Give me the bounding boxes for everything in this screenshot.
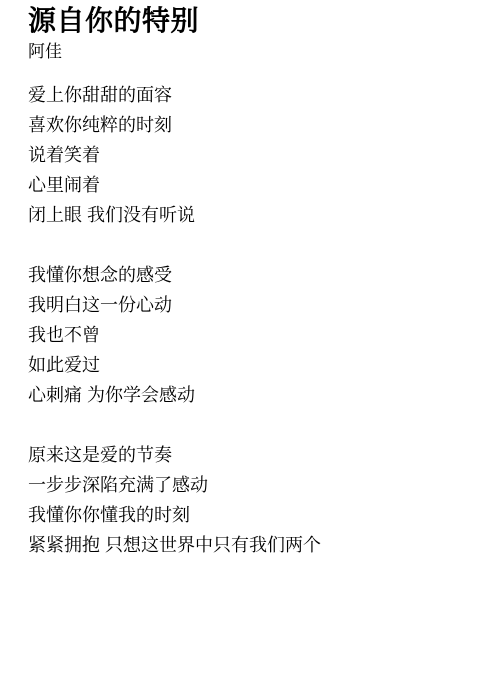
lyric-line: 一步步深陷充满了感动: [28, 470, 480, 500]
lyric-line: 心里闹着: [28, 170, 480, 200]
lyric-line: 我懂你你懂我的时刻: [28, 500, 480, 530]
lyric-line: 爱上你甜甜的面容: [28, 80, 480, 110]
lyric-line: 心刺痛 为你学会感动: [28, 380, 480, 410]
stanza: 爱上你甜甜的面容 喜欢你纯粹的时刻 说着笑着 心里闹着 闭上眼 我们没有听说: [28, 80, 480, 230]
lyric-line: 紧紧拥抱 只想这世界中只有我们两个: [28, 530, 480, 560]
lyric-line: 闭上眼 我们没有听说: [28, 200, 480, 230]
lyric-line: 我明白这一份心动: [28, 290, 480, 320]
lyric-line: 我懂你想念的感受: [28, 260, 480, 290]
lyrics-body: 爱上你甜甜的面容 喜欢你纯粹的时刻 说着笑着 心里闹着 闭上眼 我们没有听说 我…: [28, 80, 480, 560]
page-title: 源自你的特别: [28, 4, 480, 38]
lyric-line: 原来这是爱的节奏: [28, 440, 480, 470]
lyric-line: 如此爱过: [28, 350, 480, 380]
stanza: 我懂你想念的感受 我明白这一份心动 我也不曾 如此爱过 心刺痛 为你学会感动: [28, 260, 480, 410]
lyric-line: 我也不曾: [28, 320, 480, 350]
stanza: 原来这是爱的节奏 一步步深陷充满了感动 我懂你你懂我的时刻 紧紧拥抱 只想这世界…: [28, 440, 480, 560]
lyric-line: 说着笑着: [28, 140, 480, 170]
lyrics-page: 源自你的特别 阿佳 爱上你甜甜的面容 喜欢你纯粹的时刻 说着笑着 心里闹着 闭上…: [0, 0, 500, 700]
lyric-line: 喜欢你纯粹的时刻: [28, 110, 480, 140]
artist-name: 阿佳: [28, 40, 480, 64]
